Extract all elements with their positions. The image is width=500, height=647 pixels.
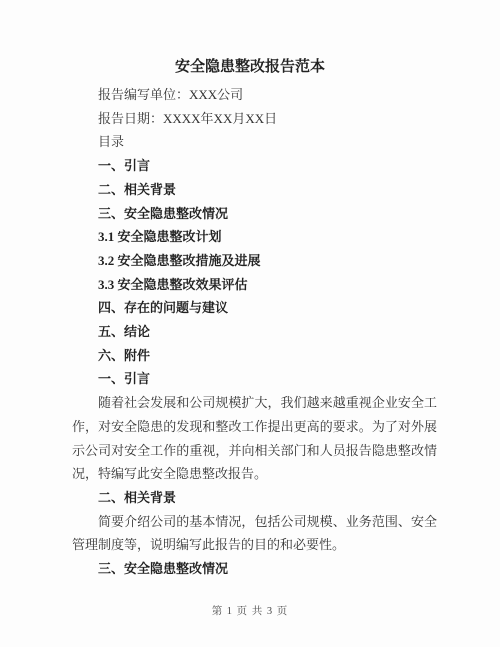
document-page: 安全隐患整改报告范本 报告编写单位：XXX公司 报告日期：XXXX年XX月XX日… [0, 0, 500, 647]
section-heading-background: 二、相关背景 [72, 486, 437, 510]
page-title: 安全隐患整改报告范本 [0, 0, 500, 79]
toc-item-5: 五、结论 [72, 320, 437, 344]
toc-item-3-2: 3.2 安全隐患整改措施及进展 [72, 249, 437, 273]
report-date-line: 报告日期：XXXX年XX月XX日 [72, 107, 437, 131]
toc-item-6: 六、附件 [72, 344, 437, 368]
toc-item-1: 一、引言 [72, 154, 437, 178]
report-unit-line: 报告编写单位：XXX公司 [72, 83, 437, 107]
toc-label: 目录 [72, 130, 437, 154]
toc-item-3-1: 3.1 安全隐患整改计划 [72, 225, 437, 249]
page-footer: 第 1 页 共 3 页 [0, 605, 500, 619]
toc-item-3: 三、安全隐患整改情况 [72, 202, 437, 226]
body-paragraph-introduction: 随着社会发展和公司规模扩大，我们越来越重视企业安全工作，对安全隐患的发现和整改工… [72, 391, 437, 486]
toc-item-4: 四、存在的问题与建议 [72, 296, 437, 320]
document-body: 报告编写单位：XXX公司 报告日期：XXXX年XX月XX日 目录 一、引言 二、… [0, 83, 500, 581]
section-heading-introduction: 一、引言 [72, 367, 437, 391]
toc-item-2: 二、相关背景 [72, 178, 437, 202]
section-heading-rectification: 三、安全隐患整改情况 [72, 557, 437, 581]
toc-item-3-3: 3.3 安全隐患整改效果评估 [72, 273, 437, 297]
body-paragraph-background: 简要介绍公司的基本情况，包括公司规模、业务范围、安全管理制度等，说明编写此报告的… [72, 510, 437, 557]
